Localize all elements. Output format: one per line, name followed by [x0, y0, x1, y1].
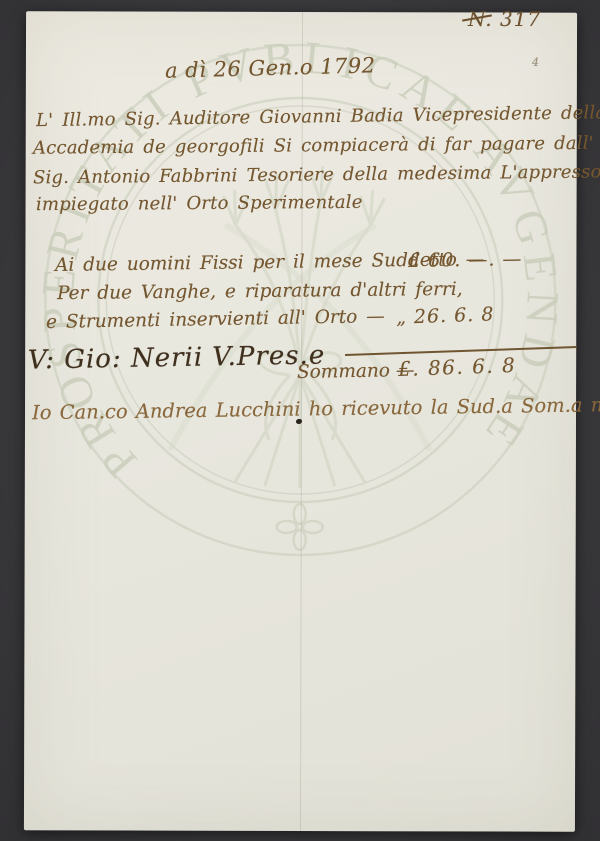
- body-line-3: Sig. Antonio Fabbrini Tesoriere della me…: [33, 161, 600, 189]
- body-line-2: Accademia de georgofili Si compiacerà di…: [33, 132, 600, 158]
- body-line-1: L' Ill.mo Sig. Auditore Giovanni Badia V…: [36, 102, 600, 131]
- item-3-amount: „ 26. 6. 8: [396, 303, 495, 328]
- scanned-document: PROSPERITATI PVBLICAE AVGENDAE: [0, 0, 600, 841]
- manuscript-ink-layer: N. 317 4 a dì 26 Gen.o 1792 L' Ill.mo Si…: [0, 0, 600, 841]
- ink-blot: [296, 419, 302, 424]
- date-line: a dì 26 Gen.o 1792: [165, 53, 376, 83]
- pencil-mark: 4: [532, 56, 539, 69]
- total-amount: £. 86. 6. 8: [398, 353, 517, 381]
- item-3-text: e Strumenti inservienti all' Orto —: [46, 306, 385, 333]
- item-1-amount: £ 60. —. —: [408, 248, 523, 272]
- item-2-text: Per due Vanghe, e riparatura d'altri fer…: [57, 279, 463, 304]
- receipt-line: Io Can.co Andrea Lucchini ho ricevuto la…: [32, 393, 600, 425]
- folio-prefix: N.: [468, 7, 493, 31]
- folio-number: N. 317: [468, 7, 541, 31]
- folio-digits: 317: [500, 7, 541, 31]
- body-line-4: impiegato nell' Orto Sperimentale: [36, 192, 363, 215]
- vicepresident-signature: V: Gio: Nerii V.Pres.e: [28, 340, 326, 375]
